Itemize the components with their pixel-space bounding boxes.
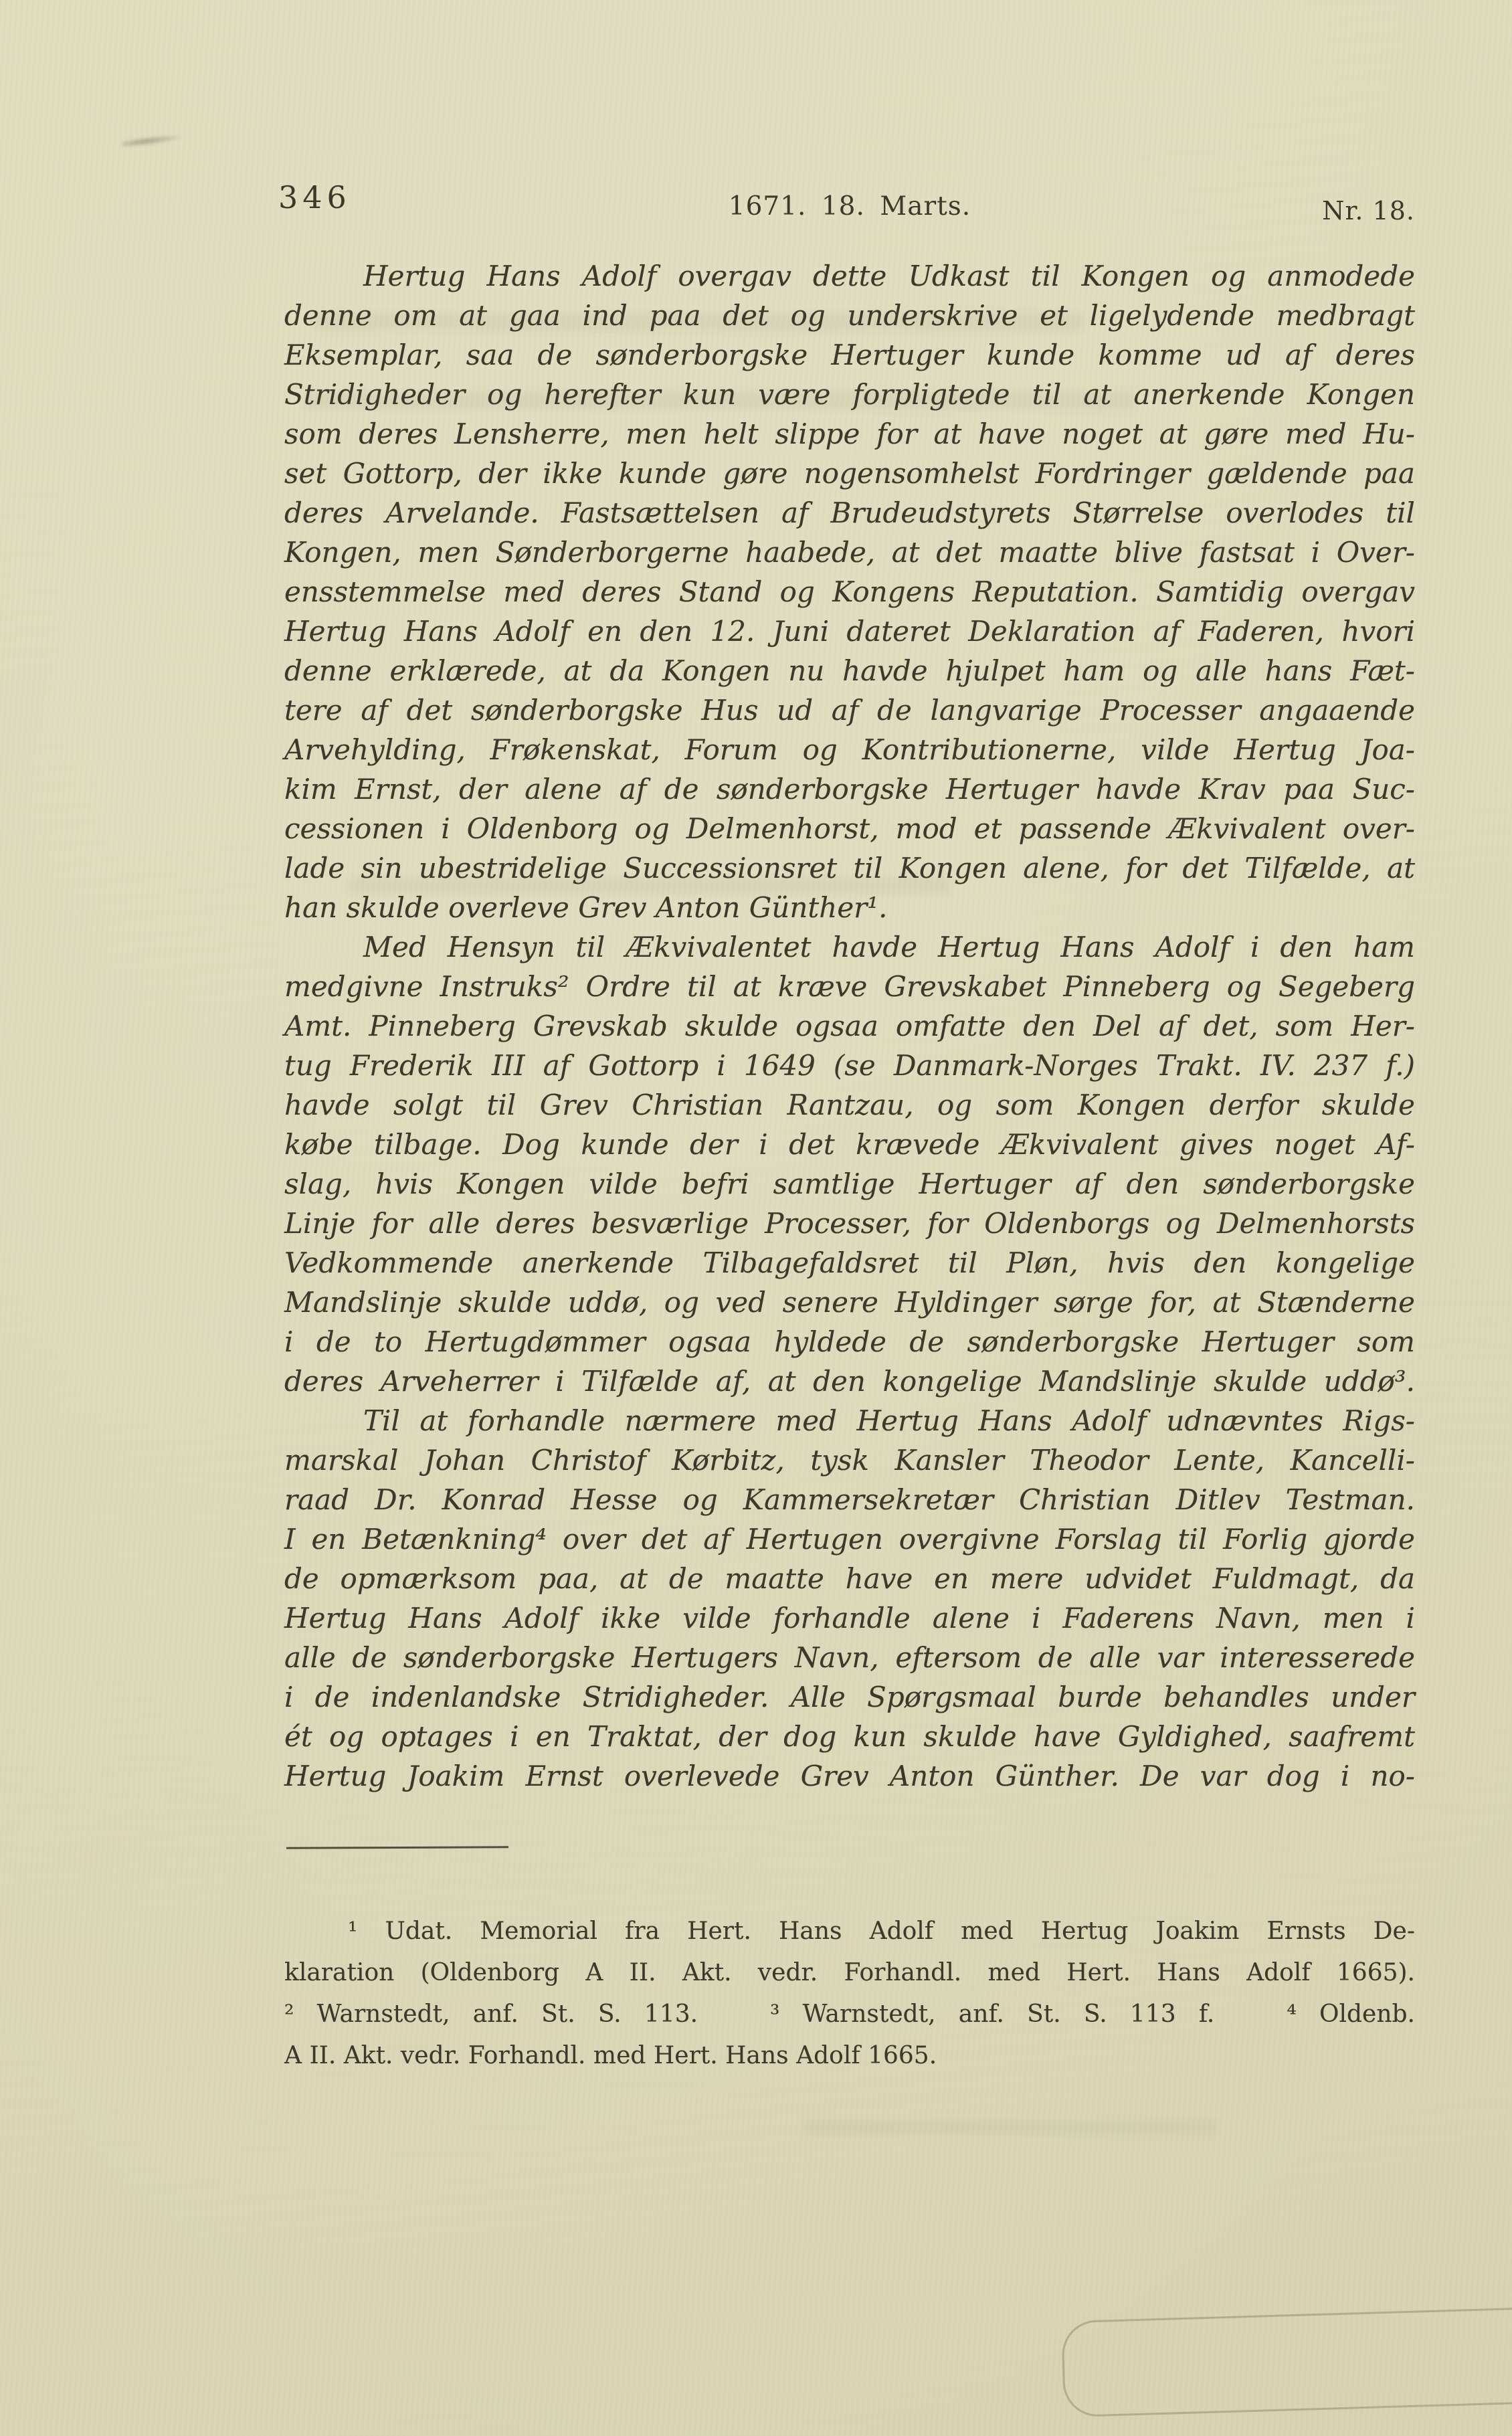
text-line: Hertug Joakim Ernst overlevede Grev Anto… [284,1756,1415,1796]
text-line: Vedkommende anerkende Tilbagefaldsret ti… [284,1243,1415,1283]
text-line: ét og optages i en Traktat, der dog kun … [284,1717,1415,1756]
text-line: marskal Johan Christof Kørbitz, tysk Kan… [284,1440,1415,1480]
text-line: de opmærksom paa, at de maatte have en m… [284,1559,1415,1598]
footnote-line: ² Warnstedt, anf. St. S. 113. ³ Warnsted… [284,1994,1415,2035]
header-document-number: Nr. 18. [284,198,1415,223]
main-text-block: Hertug Hans Adolf overgav dette Udkast t… [284,256,1415,1796]
show-through-ghost [803,2120,1218,2136]
text-line: I en Betænkning⁴ over det af Hertugen ov… [284,1519,1415,1559]
footnote-line: ¹ Udat. Memorial fra Hert. Hans Adolf me… [284,1911,1415,1952]
text-line: slag, hvis Kongen vilde befri samtlige H… [284,1164,1415,1204]
text-line: deres Arvelande. Fastsættelsen af Brudeu… [284,493,1415,533]
footnote-line: A II. Akt. vedr. Forhandl. med Hert. Han… [284,2035,1415,2077]
text-line: Hertug Hans Adolf ikke vilde forhandle a… [284,1598,1415,1638]
text-line: medgivne Instruks² Ordre til at kræve Gr… [284,967,1415,1006]
text-line: lade sin ubestridelige Successionsret ti… [284,848,1415,888]
text-line: tere af det sønderborgske Hus ud af de l… [284,690,1415,730]
text-line: alle de sønderborgske Hertugers Navn, ef… [284,1638,1415,1677]
scan-artifact-outline [1061,2306,1512,2418]
text-line: han skulde overleve Grev Anton Günther¹. [284,888,1415,927]
text-line: i de to Hertugdømmer ogsaa hyldede de sø… [284,1322,1415,1362]
text-line: deres Arveherrer i Tilfælde af, at den k… [284,1362,1415,1401]
text-line: Arvehylding, Frøkenskat, Forum og Kontri… [284,730,1415,769]
book-page-scan: 346 1671. 18. Marts. Nr. 18. Hertug Hans… [0,0,1512,2436]
text-line: Stridigheder og herefter kun være forpli… [284,375,1415,414]
text-line: Hertug Hans Adolf overgav dette Udkast t… [284,256,1415,296]
text-line: købe tilbage. Dog kunde der i det kræved… [284,1125,1415,1164]
text-line: Amt. Pinneberg Grevskab skulde ogsaa omf… [284,1006,1415,1046]
text-line: Kongen, men Sønderborgerne haabede, at d… [284,533,1415,572]
footnotes-block: ¹ Udat. Memorial fra Hert. Hans Adolf me… [284,1911,1415,2077]
text-line: set Gottorp, der ikke kunde gøre nogenso… [284,454,1415,493]
footnote-line: klaration (Oldenborg A II. Akt. vedr. Fo… [284,1952,1415,1994]
text-line: Hertug Hans Adolf en den 12. Juni datere… [284,612,1415,651]
text-line: Mandslinje skulde uddø, og ved senere Hy… [284,1283,1415,1322]
text-line: Til at forhandle nærmere med Hertug Hans… [284,1401,1415,1440]
text-line: Med Hensyn til Ækvivalentet havde Hertug… [284,927,1415,967]
text-line: denne erklærede, at da Kongen nu havde h… [284,651,1415,690]
pencil-smudge [122,132,184,148]
text-line: raad Dr. Konrad Hesse og Kammersekretær … [284,1480,1415,1519]
footnote-divider-rule [286,1846,508,1849]
text-line: denne om at gaa ind paa det og underskri… [284,296,1415,335]
text-line: kim Ernst, der alene af de sønderborgske… [284,769,1415,809]
text-line: som deres Lensherre, men helt slippe for… [284,414,1415,454]
text-line: ensstemmelse med deres Stand og Kongens … [284,572,1415,612]
text-line: havde solgt til Grev Christian Rantzau, … [284,1085,1415,1125]
text-line: Linje for alle deres besværlige Processe… [284,1204,1415,1243]
text-line: tug Frederik III af Gottorp i 1649 (se D… [284,1046,1415,1085]
text-line: i de indenlandske Stridigheder. Alle Spø… [284,1677,1415,1717]
text-line: cessionen i Oldenborg og Delmenhorst, mo… [284,809,1415,848]
text-line: Eksemplar, saa de sønderborgske Hertuger… [284,335,1415,375]
